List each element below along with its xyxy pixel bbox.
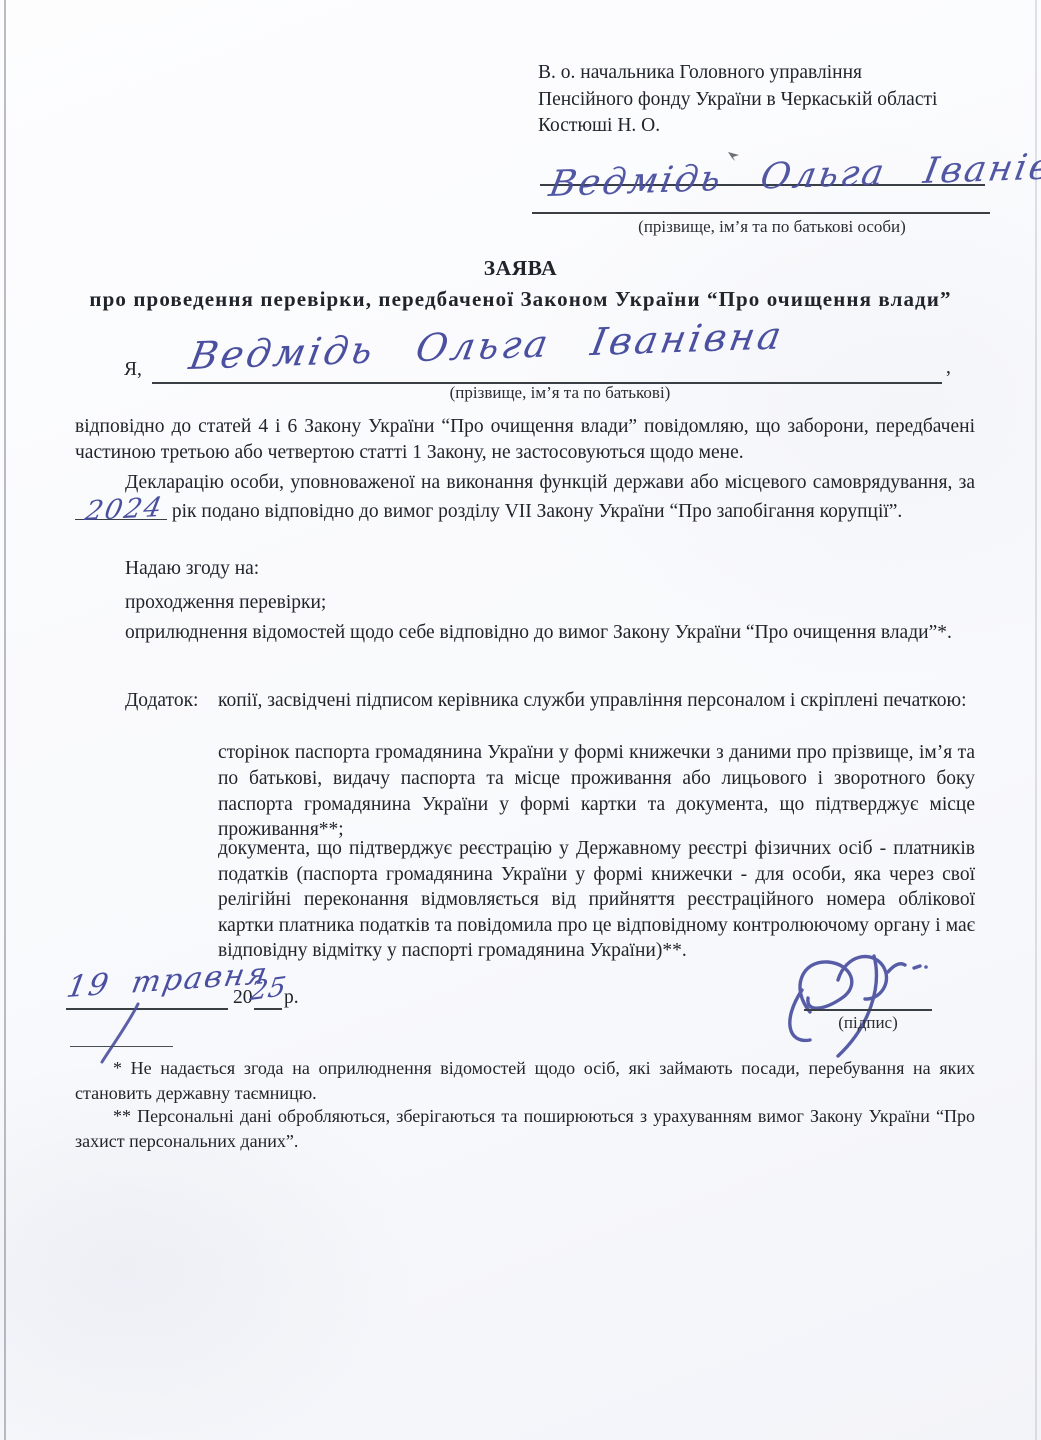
name-caption-header: (прізвище, ім’я та по батькові особи) [602, 217, 942, 237]
scan-edge-right [1035, 0, 1037, 1440]
addressee-line: В. о. начальника Головного управління [538, 60, 1000, 87]
consent-intro: Надаю згоду на: [125, 556, 259, 582]
year-rule [254, 1008, 282, 1010]
name-caption-declarant: (прізвище, ім’я та по батькові) [390, 383, 730, 403]
footnote-state-secret: * Не надається згода на оприлюднення від… [75, 1056, 975, 1105]
paragraph-declaration: Декларацію особи, уповноваженої на викон… [75, 470, 975, 524]
attachment-item-passport: сторінок паспорта громадянина України у … [218, 740, 975, 843]
handwritten-year-declaration: 2024 [83, 495, 166, 524]
declarant-trailing-comma: , [946, 357, 951, 379]
signature-scribble [766, 938, 952, 1064]
addressee-line: Пенсійного фонду України в Черкаській об… [538, 87, 1000, 114]
addressee-block: В. о. начальника Головного управління Пе… [538, 60, 1000, 140]
scan-edge-left [4, 0, 6, 1440]
attachment-intro: копії, засвідчені підписом керівника слу… [218, 688, 975, 714]
name-rule-bottom [532, 212, 990, 214]
footnote-personal-data: ** Персональні дані обробляються, зберіг… [75, 1104, 975, 1153]
scanned-document-page: В. о. начальника Головного управління Пе… [0, 0, 1041, 1440]
paragraph-declaration-before: Декларацію особи, уповноваженої на викон… [125, 472, 975, 493]
signature-caption: (підпис) [804, 1013, 932, 1033]
year-blank-rule: 2024 [75, 496, 167, 520]
addressee-line: Костюші Н. О. [538, 113, 1000, 140]
paragraph-prohibitions: відповідно до статей 4 і 6 Закону Україн… [75, 414, 975, 466]
declarant-prefix: Я, [124, 357, 142, 383]
handwritten-name-declarant: Ведмідь Ольга Іванівна [186, 313, 788, 378]
year-suffix: р. [284, 987, 299, 1009]
document-title: ЗАЯВА [0, 256, 1041, 281]
consent-item-check: проходження перевірки; [125, 590, 326, 616]
handwritten-name-header: Ведмідь Ольга Іванівна [546, 145, 1041, 205]
paragraph-declaration-after: рік подано відповідно до вимог розділу V… [172, 501, 902, 522]
handwriting-tail-stroke [98, 1002, 144, 1064]
signature-rule [804, 1009, 932, 1011]
date-rule [66, 1008, 228, 1010]
handwritten-year: 25 [248, 972, 288, 1007]
attachment-label: Додаток: [125, 688, 198, 714]
footnote-separator [70, 1046, 173, 1047]
consent-item-publication: оприлюднення відомостей щодо себе відпов… [75, 620, 975, 646]
document-subtitle: про проведення перевірки, передбаченої З… [0, 287, 1041, 312]
